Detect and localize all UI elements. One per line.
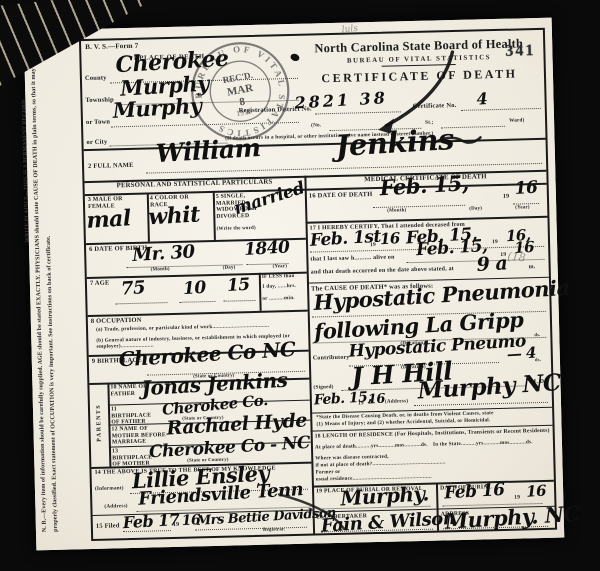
- form-frame: B. V. S.—Form 7 1 PLACE OF DEATH County …: [79, 28, 557, 541]
- if-less-label-1: IF LESS than: [262, 274, 295, 281]
- dob-value: Mr. 30: [132, 241, 195, 266]
- death-time-value: 9 a: [476, 252, 508, 276]
- signed-address-label: (Address): [385, 399, 408, 406]
- age-years: 75: [120, 277, 145, 299]
- color-value: whit: [148, 201, 201, 230]
- signed-nineteen: 19: [358, 400, 364, 406]
- burial-date-value: Feb 16: [444, 480, 506, 504]
- last-saw-label: that I last saw h.......... alive on: [310, 255, 394, 264]
- registration-district-line: [315, 110, 401, 114]
- town-value: Murphy: [112, 93, 202, 123]
- last-saw-year: 16: [514, 238, 535, 257]
- marital-note: (Write the word): [217, 226, 256, 233]
- full-name-first: William: [155, 133, 261, 168]
- contributory-label: Contributory: [313, 355, 350, 363]
- dob-year-note: (Year): [273, 264, 288, 270]
- attended-to-nineteen: 19: [492, 239, 498, 245]
- filed-nineteen: 19: [173, 522, 180, 529]
- margin-note-top: WRITE PLAINLY—THIS IS A PERMANENT RECORD: [21, 100, 30, 243]
- dob-year-value: 1840: [244, 237, 290, 260]
- certificate-paper: N. B.—Every item of information should b…: [24, 18, 565, 551]
- death-time-label: and that death occurred on the date abov…: [311, 266, 454, 276]
- township-label: Township: [85, 96, 114, 104]
- filed-date-value: Feb 17: [122, 510, 180, 532]
- ds-label-1: ds.: [534, 332, 540, 337]
- age-days: 15: [226, 275, 250, 296]
- dod-nineteen: 19: [503, 194, 510, 201]
- scanned-death-certificate: N. B.—Every item of information should b…: [0, 0, 600, 571]
- contributory-duration: — 4: [506, 344, 536, 364]
- no-label: (No.: [311, 123, 321, 129]
- file-number: 341: [505, 42, 535, 61]
- certificate-no-label: Certificate No.: [413, 102, 457, 111]
- attended-from-year: 16: [379, 229, 400, 248]
- dob-day-note: (Day): [223, 265, 236, 271]
- date-of-death-value: Feb. 15,: [379, 170, 469, 200]
- residence-in-state: In the State..........yrs...........mos.…: [433, 440, 533, 448]
- margin-note-line2: properly classified. Exact statement of …: [46, 235, 59, 532]
- dod-year-line: [513, 202, 539, 205]
- filed-label: 15 Filed: [96, 522, 120, 530]
- sex-value: mal: [86, 205, 132, 234]
- if-less-label-2: 1 day, ......hrs.: [262, 284, 296, 291]
- occupation-label: 8 OCCUPATION: [91, 317, 142, 326]
- dod-month-note: (Month): [387, 208, 406, 214]
- registrar-label: Registrar.: [263, 527, 285, 533]
- burial-nineteen: 19: [514, 495, 520, 501]
- certificate-no-line: [461, 107, 541, 111]
- town-label: or Town: [86, 118, 110, 126]
- informant-label: (Informant): [95, 486, 124, 493]
- city-label: or City: [86, 139, 107, 147]
- ward-label: Ward): [509, 118, 525, 124]
- signed-year-value: 16: [367, 392, 385, 408]
- full-name-last: Jenkins: [335, 122, 455, 163]
- age-months: 10: [183, 278, 207, 299]
- ds-label-2: ds.: [535, 357, 541, 362]
- certificate-no-value: 4: [476, 89, 488, 109]
- death-time-m-label: m.: [529, 264, 536, 271]
- if-less-label-3: or ..........min.: [262, 296, 295, 303]
- rule-below-age: [88, 310, 308, 317]
- full-name-label: 2 FULL NAME: [88, 162, 134, 171]
- age-days-line: [223, 299, 255, 302]
- form-number: B. V. S.—Form 7: [85, 42, 138, 51]
- parents-section-label: PARENTS: [95, 388, 103, 458]
- dob-month-note: (Month): [151, 267, 170, 273]
- county-label: County: [85, 75, 107, 83]
- certificate-title: CERTIFICATE OF DEATH: [297, 67, 542, 87]
- dod-year-value: 16: [514, 178, 538, 199]
- burial-year-value: 16: [526, 482, 547, 501]
- town-line: [111, 121, 299, 128]
- attended-from-nineteen: 19: [370, 242, 376, 248]
- informant-address-label: (Address): [104, 504, 127, 511]
- date-of-death-label: 16 DATE OF DEATH: [309, 191, 373, 200]
- age-label: 7 AGE: [90, 280, 110, 288]
- age-years-line: [115, 301, 167, 304]
- dod-day-note: (Day): [469, 206, 482, 212]
- age-months-line: [179, 300, 215, 303]
- residence-at-place: At place of death..........yrs..........…: [315, 443, 428, 452]
- dod-line: [373, 204, 465, 208]
- bureau-underline: [382, 64, 456, 67]
- margin-note-line1: N. B.—Every item of information should b…: [30, 60, 48, 532]
- dod-year-note: (Year): [515, 205, 530, 211]
- registration-district-value: 2821 38: [294, 88, 388, 113]
